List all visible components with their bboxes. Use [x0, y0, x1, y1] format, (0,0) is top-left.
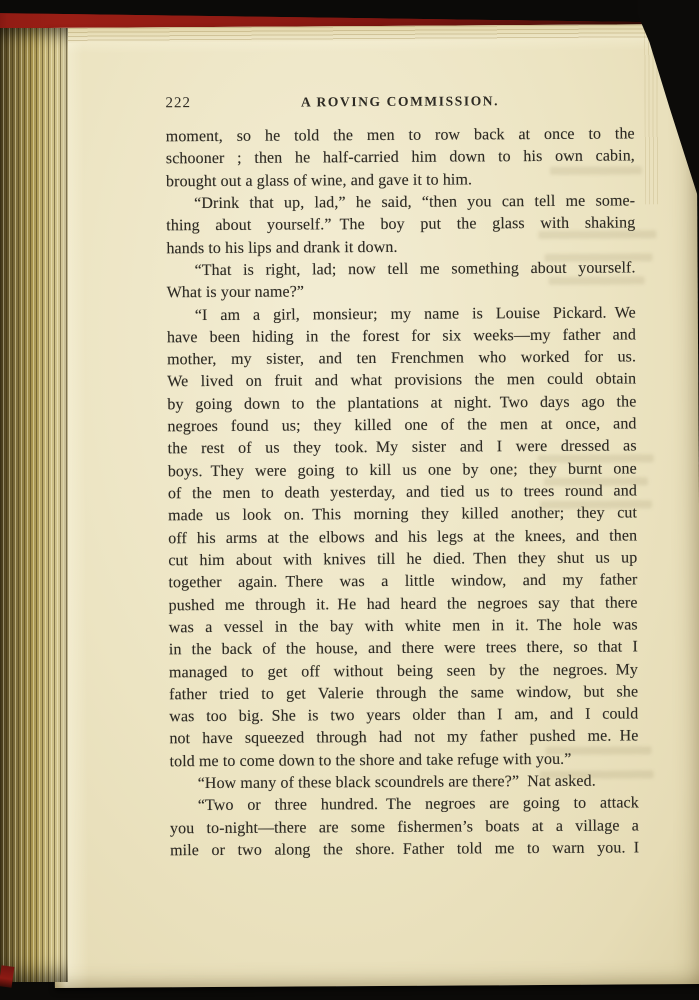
text-line: by going down to the plantations at nigh…: [167, 391, 636, 416]
page-header: 222 A ROVING COMMISSION.: [165, 90, 634, 113]
text-line: father tried to get Valerie through the …: [169, 681, 638, 706]
text-line: was a vessel in the bay with white men i…: [169, 614, 638, 639]
text-line: off his arms at the elbows and his legs …: [168, 525, 637, 550]
text-line: moment, so he told the men to row back a…: [166, 123, 635, 148]
text-line: cut him about with knives till he died. …: [168, 547, 637, 572]
paragraph: “Two or three hundred. The negroes are g…: [170, 793, 639, 863]
text-line: “Drink that up, lad,” he said, “then you…: [166, 190, 635, 215]
text-line: in the back of the house, and there were…: [169, 637, 638, 662]
text-line: mile or two along the shore. Father told…: [170, 837, 639, 862]
running-header: A ROVING COMMISSION.: [165, 92, 634, 111]
page-edges-stack: [0, 28, 68, 982]
text-line: you to-night—there are some fishermen’s …: [170, 815, 639, 840]
text-line: “I am a girl, monsieur; my name is Louis…: [167, 302, 636, 327]
page-fore-edges: [644, 24, 659, 204]
paragraph: moment, so he told the men to row back a…: [166, 123, 635, 193]
text-line: together again. There was a little windo…: [168, 570, 637, 595]
text-line: pushed me through it. He had heard the n…: [169, 592, 638, 617]
text-line: mother, my sister, and ten Frenchmen who…: [167, 347, 636, 372]
text-line: managed to get off without being seen by…: [169, 659, 638, 684]
paragraph: “I am a girl, monsieur; my name is Louis…: [167, 302, 639, 773]
page-top-edges: [49, 24, 696, 43]
book-cover-corner: [0, 965, 14, 988]
text-line: have been hiding in the forest for six w…: [167, 324, 636, 349]
text-line: “Two or three hundred. The negroes are g…: [170, 793, 639, 818]
paragraph: “Drink that up, lad,” he said, “then you…: [166, 190, 635, 260]
book-page: 222 A ROVING COMMISSION. moment, so he t…: [49, 24, 699, 988]
text-line: negroes found us; they killed one of the…: [167, 413, 636, 438]
text-line: was too big. She is two years older than…: [169, 704, 638, 729]
text-line: We lived on fruit and what provisions th…: [167, 369, 636, 394]
book-photo: { "page": { "number": "222", "running_he…: [0, 0, 699, 1000]
